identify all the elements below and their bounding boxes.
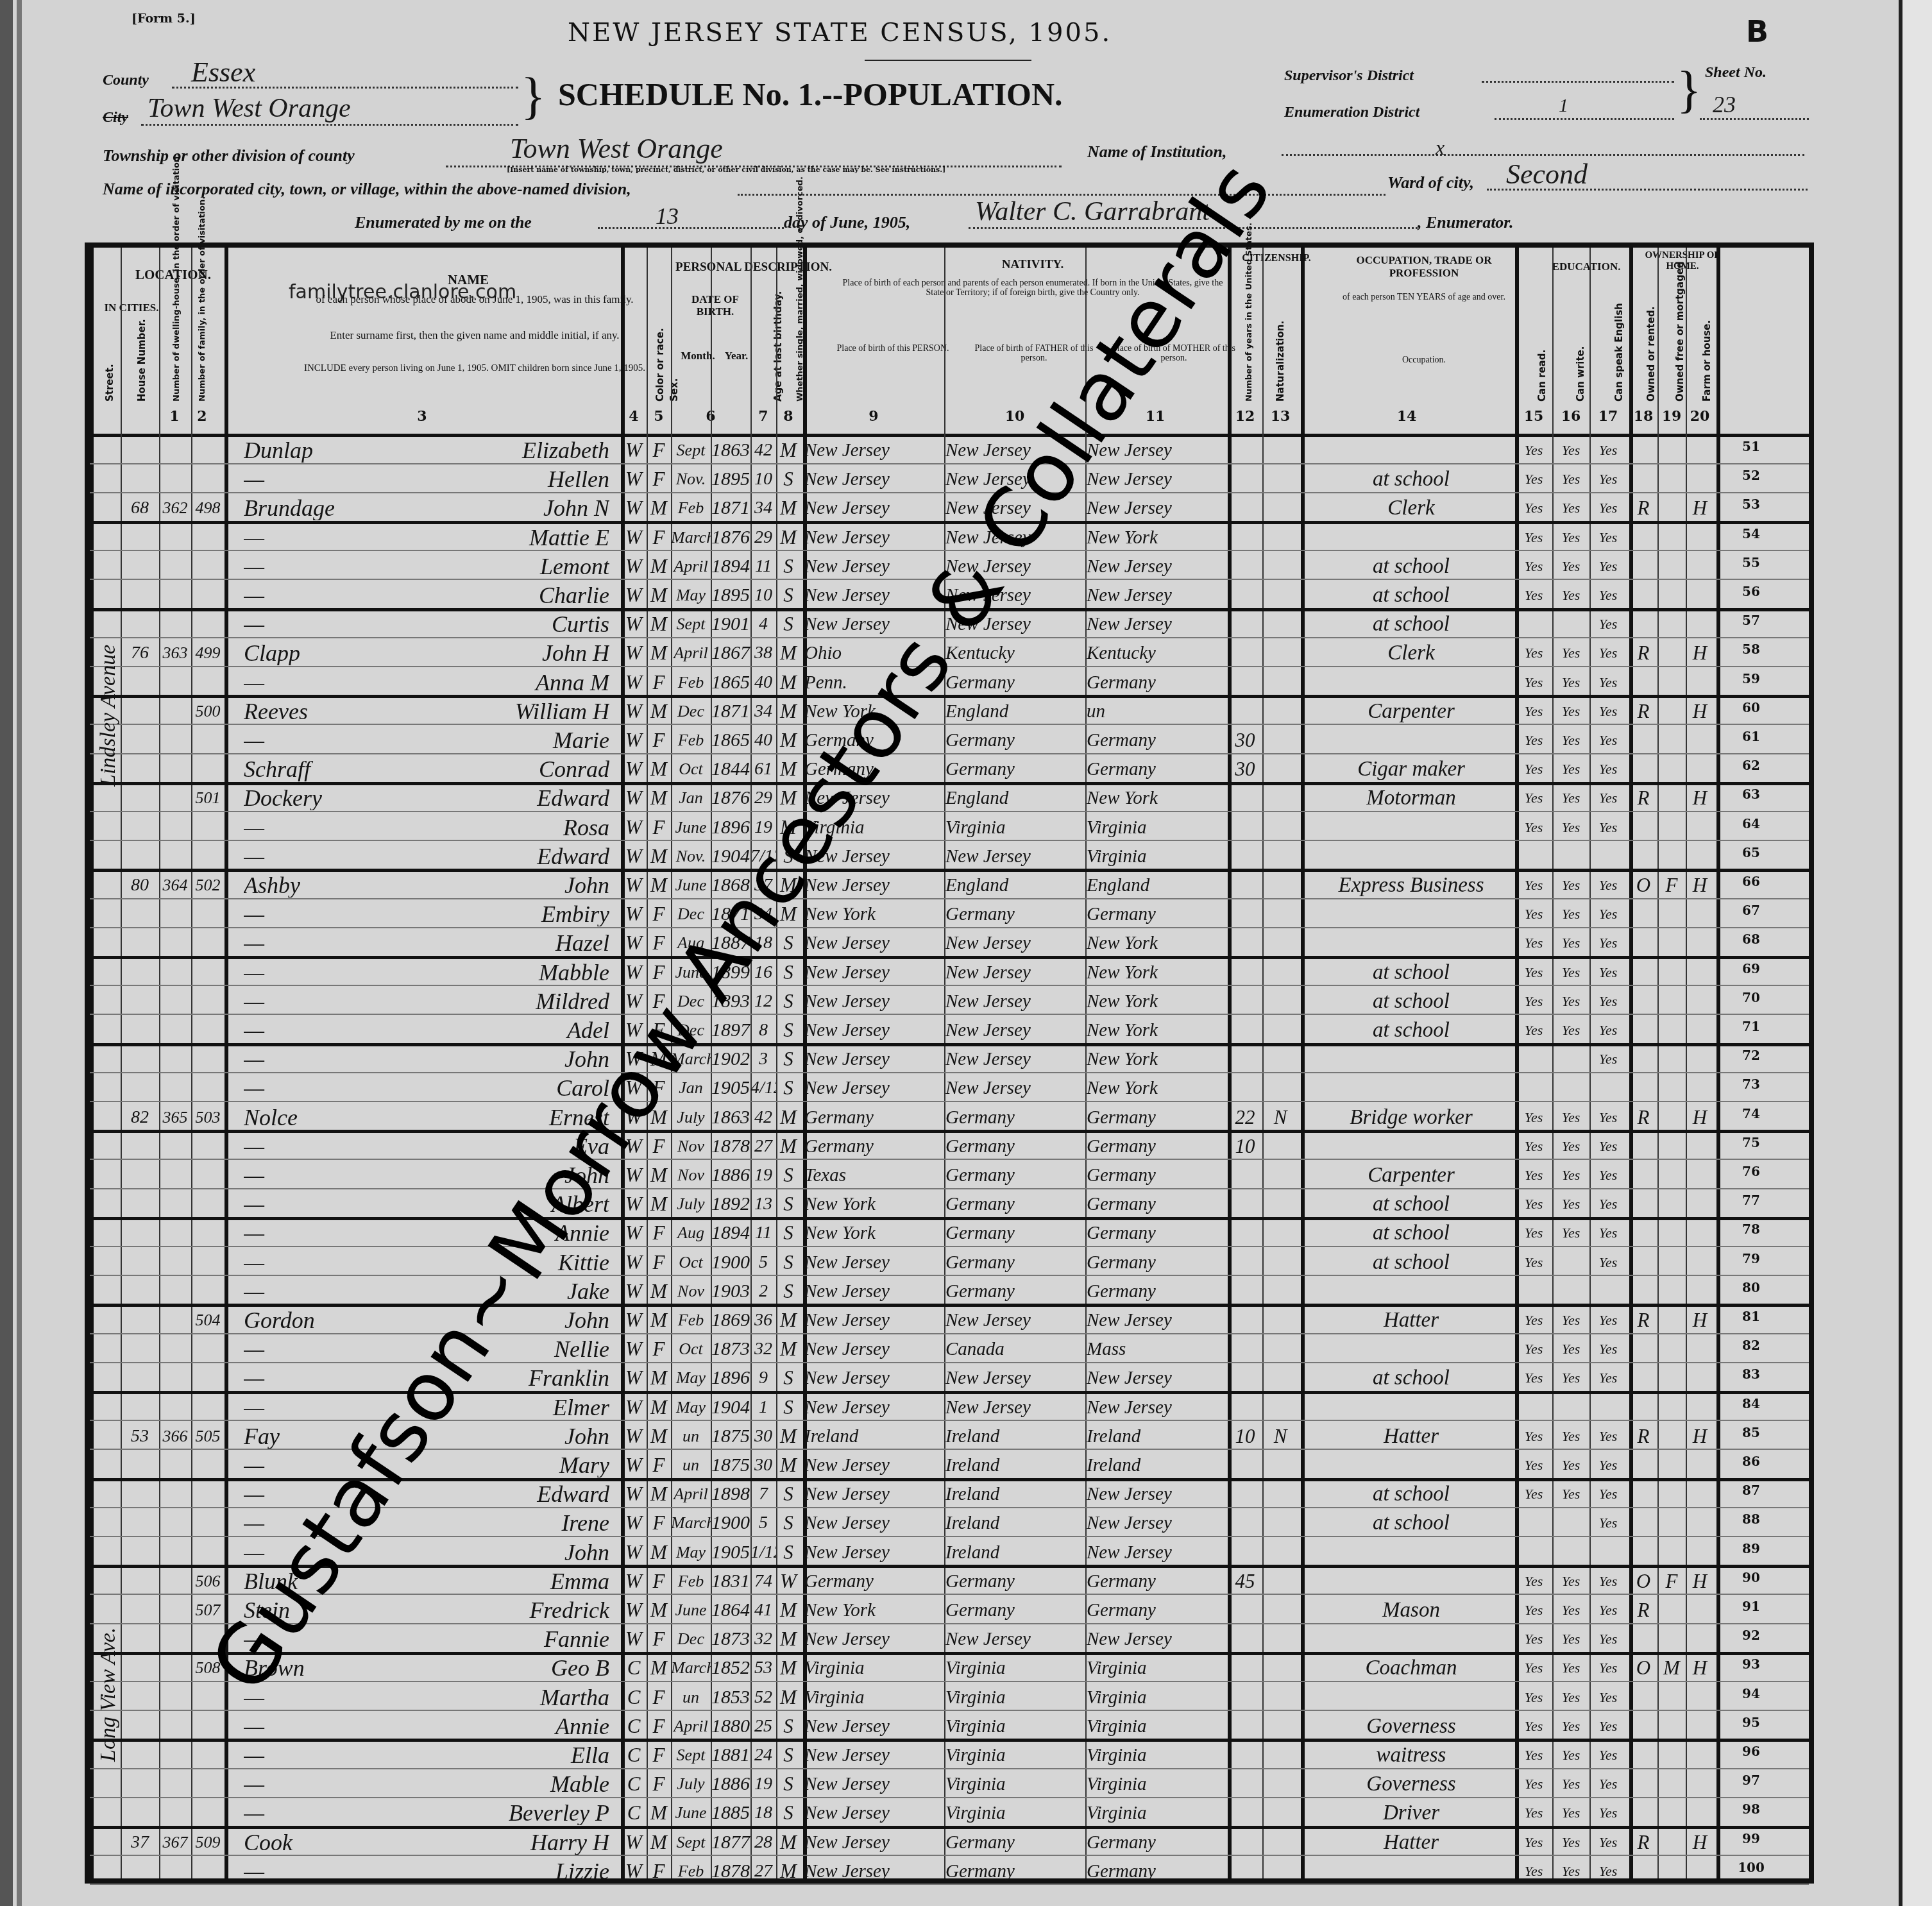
birthplace-mother: Germany	[1087, 753, 1225, 781]
age: 3	[750, 1042, 776, 1071]
color-race: W	[621, 491, 647, 520]
marital-status: M	[776, 636, 801, 665]
occupation	[1309, 521, 1514, 550]
farm-house	[1686, 1681, 1714, 1710]
owned-rented	[1629, 1449, 1657, 1477]
birth-year: 1900	[711, 1246, 750, 1275]
surname: —	[244, 1187, 411, 1216]
years-in-us	[1228, 1216, 1262, 1245]
birthplace-father: Virginia	[945, 1681, 1085, 1710]
line-number: 87	[1732, 1483, 1770, 1498]
owned-free-mortgaged	[1657, 1101, 1686, 1130]
column-number: 3	[409, 408, 435, 425]
owned-rented	[1629, 840, 1657, 869]
house-number	[121, 898, 159, 926]
birthplace-father: New Jersey	[945, 985, 1085, 1014]
years-in-us: 45	[1228, 1565, 1262, 1594]
birthplace-person: New Jersey	[804, 1826, 944, 1855]
occupation: Hatter	[1309, 1304, 1514, 1332]
owned-free-mortgaged	[1657, 1130, 1686, 1159]
house-number	[121, 1796, 159, 1825]
occupation: Carpenter	[1309, 1159, 1514, 1187]
occupation: Carpenter	[1309, 695, 1514, 724]
line-number: 93	[1732, 1656, 1770, 1672]
can-speak-english: Yes	[1589, 1246, 1627, 1275]
owned-rented	[1629, 521, 1657, 550]
dwelling-number	[159, 1361, 191, 1390]
birth-month: Aug	[671, 1216, 711, 1245]
age: 34	[750, 491, 776, 520]
farm-house: H	[1686, 1101, 1714, 1130]
line-number: 60	[1732, 700, 1770, 715]
naturalization	[1262, 1332, 1298, 1361]
owned-free-mortgaged	[1657, 1796, 1686, 1825]
birthplace-mother: New Jersey	[1087, 550, 1225, 579]
supervisor-label: Supervisor's District	[1284, 67, 1414, 85]
years-in-us	[1228, 666, 1262, 695]
line-number: 97	[1732, 1773, 1770, 1788]
line-number: 83	[1732, 1366, 1770, 1382]
can-speak-english	[1589, 840, 1627, 869]
color-race: W	[621, 926, 647, 955]
surname: —	[244, 1071, 411, 1100]
owned-rented: R	[1629, 636, 1657, 665]
birth-year: 1886	[711, 1767, 750, 1796]
years-in-us	[1228, 1187, 1262, 1216]
table-row: —MarieWFFeb186540MGermanyGermanyGermany3…	[90, 724, 1809, 754]
can-write: Yes	[1552, 579, 1589, 608]
can-write: Yes	[1552, 753, 1589, 781]
owned-free-mortgaged	[1657, 1622, 1686, 1651]
marital-status: S	[776, 956, 801, 985]
birth-month: April	[671, 1710, 711, 1739]
birthplace-father: Canada	[945, 1332, 1085, 1361]
table-row: —EdwardWMNov.19047/12SNew JerseyNew Jers…	[90, 840, 1809, 872]
can-write: Yes	[1552, 1420, 1589, 1449]
table-row: —RosaWFJune189619MVirginiaVirginiaVirgin…	[90, 811, 1809, 842]
naturalization	[1262, 1594, 1298, 1622]
farm-house	[1686, 1187, 1714, 1216]
birthplace-mother: England	[1087, 869, 1225, 898]
occupation	[1309, 1275, 1514, 1304]
owned-free-mortgaged	[1657, 695, 1686, 724]
house-number: 53	[121, 1420, 159, 1449]
incorporated-field	[738, 186, 1385, 196]
header-naturalization: Naturalization.	[1275, 318, 1286, 402]
occupation	[1309, 1332, 1514, 1361]
sex: F	[647, 1622, 671, 1651]
owned-rented	[1629, 463, 1657, 491]
birthplace-person: New Jersey	[804, 1767, 944, 1796]
sex: M	[647, 695, 671, 724]
family-number: 504	[191, 1304, 225, 1332]
birthplace-father: Virginia	[945, 1796, 1085, 1825]
family-number	[191, 1796, 225, 1825]
owned-rented	[1629, 985, 1657, 1014]
occupation	[1309, 1391, 1514, 1420]
birth-month: Oct	[671, 753, 711, 781]
naturalization	[1262, 550, 1298, 579]
birthplace-father: Ireland	[945, 1420, 1085, 1449]
page-edge	[1899, 0, 1932, 1906]
family-number	[191, 1506, 225, 1535]
line-number: 62	[1732, 758, 1770, 773]
can-speak-english: Yes	[1589, 1739, 1627, 1767]
line-number: 70	[1732, 990, 1770, 1005]
given-name: Hellen	[391, 463, 609, 491]
table-row: —EllaCFSept188124SNew JerseyVirginiaVirg…	[90, 1739, 1809, 1769]
can-speak-english: Yes	[1589, 1767, 1627, 1796]
naturalization	[1262, 1187, 1298, 1216]
years-in-us	[1228, 926, 1262, 955]
naturalization: N	[1262, 1101, 1298, 1130]
birthplace-person: New Jersey	[804, 463, 944, 491]
color-race: W	[621, 1855, 647, 1884]
owned-free-mortgaged	[1657, 434, 1686, 463]
county-label: County	[103, 72, 149, 89]
line-number: 53	[1732, 497, 1770, 512]
surname: —	[244, 463, 411, 491]
incorporated-label: Name of incorporated city, town, or vill…	[103, 180, 631, 199]
table-row: —HellenWFNov.189510SNew JerseyNew Jersey…	[90, 463, 1809, 493]
owned-free-mortgaged	[1657, 724, 1686, 753]
can-speak-english: Yes	[1589, 1710, 1627, 1739]
occupation: Bridge worker	[1309, 1101, 1514, 1130]
birthplace-father: New Jersey	[945, 1622, 1085, 1651]
age: 52	[750, 1681, 776, 1710]
owned-rented: O	[1629, 869, 1657, 898]
farm-house: H	[1686, 1826, 1714, 1855]
birthplace-mother: Germany	[1087, 1565, 1225, 1594]
can-read: Yes	[1515, 1304, 1552, 1332]
dwelling-number	[159, 898, 191, 926]
can-write: Yes	[1552, 1477, 1589, 1506]
marital-status: S	[776, 1187, 801, 1216]
owned-free-mortgaged	[1657, 1361, 1686, 1390]
dwelling-number	[159, 1159, 191, 1187]
dwelling-number	[159, 579, 191, 608]
birthplace-person: New Jersey	[804, 1536, 944, 1565]
occupation: Hatter	[1309, 1420, 1514, 1449]
can-write: Yes	[1552, 956, 1589, 985]
owned-rented	[1629, 1391, 1657, 1420]
birthplace-mother: New York	[1087, 1071, 1225, 1100]
house-number: 82	[121, 1101, 159, 1130]
owned-free-mortgaged	[1657, 1826, 1686, 1855]
marital-status: M	[776, 1304, 801, 1332]
dwelling-number	[159, 1739, 191, 1767]
years-in-us: 10	[1228, 1420, 1262, 1449]
birthplace-mother: Virginia	[1087, 1651, 1225, 1680]
house-number	[121, 579, 159, 608]
column-number: 15	[1521, 408, 1546, 425]
dwelling-number	[159, 926, 191, 955]
birthplace-mother: Germany	[1087, 666, 1225, 695]
owned-free-mortgaged	[1657, 1275, 1686, 1304]
birth-year: 1903	[711, 1275, 750, 1304]
can-read: Yes	[1515, 985, 1552, 1014]
naturalization	[1262, 1130, 1298, 1159]
owned-free-mortgaged	[1657, 840, 1686, 869]
can-write: Yes	[1552, 1855, 1589, 1884]
dwelling-number	[159, 1855, 191, 1884]
can-read: Yes	[1515, 869, 1552, 898]
owned-rented	[1629, 550, 1657, 579]
marital-status: M	[776, 1622, 801, 1651]
farm-house	[1686, 1042, 1714, 1071]
column-number: 4	[621, 408, 647, 425]
column-number: 5	[646, 408, 672, 425]
can-speak-english: Yes	[1589, 1594, 1627, 1622]
birth-year: 1876	[711, 781, 750, 810]
age: 30	[750, 1449, 776, 1477]
can-speak-english: Yes	[1589, 869, 1627, 898]
can-speak-english: Yes	[1589, 550, 1627, 579]
owned-free-mortgaged	[1657, 550, 1686, 579]
line-number: 55	[1732, 555, 1770, 570]
naturalization	[1262, 1216, 1298, 1245]
color-race: W	[621, 1391, 647, 1420]
surname: Schraff	[244, 753, 411, 781]
sex: M	[647, 550, 671, 579]
marital-status: S	[776, 1536, 801, 1565]
dwelling-number	[159, 1071, 191, 1100]
owned-rented	[1629, 434, 1657, 463]
sex: F	[647, 434, 671, 463]
birthplace-mother: New York	[1087, 1042, 1225, 1071]
birthplace-mother: Germany	[1087, 1130, 1225, 1159]
owned-rented	[1629, 1130, 1657, 1159]
surname: Clapp	[244, 636, 411, 665]
can-write: Yes	[1552, 521, 1589, 550]
birth-month: July	[671, 1187, 711, 1216]
marital-status: M	[776, 1855, 801, 1884]
occupation: at school	[1309, 1477, 1514, 1506]
occupation	[1309, 1622, 1514, 1651]
line-number: 78	[1732, 1221, 1770, 1237]
sex: F	[647, 1565, 671, 1594]
color-race: W	[621, 695, 647, 724]
sex: M	[647, 636, 671, 665]
dwelling-number	[159, 753, 191, 781]
birthplace-father: New Jersey	[945, 1391, 1085, 1420]
farm-house: H	[1686, 1651, 1714, 1680]
house-number	[121, 1130, 159, 1159]
owned-rented: R	[1629, 1304, 1657, 1332]
family-number	[191, 666, 225, 695]
given-name: John	[391, 1042, 609, 1071]
marital-status: S	[776, 1246, 801, 1275]
owned-rented	[1629, 1739, 1657, 1767]
can-speak-english: Yes	[1589, 898, 1627, 926]
can-speak-english: Yes	[1589, 1796, 1627, 1825]
birthplace-mother: Virginia	[1087, 1767, 1225, 1796]
color-race: C	[621, 1739, 647, 1767]
birth-month: un	[671, 1681, 711, 1710]
birthplace-mother: Germany	[1087, 1826, 1225, 1855]
age: 19	[750, 1159, 776, 1187]
farm-house	[1686, 1710, 1714, 1739]
marital-status: S	[776, 1071, 801, 1100]
sex: M	[647, 1187, 671, 1216]
family-number	[191, 1681, 225, 1710]
marital-status: S	[776, 1506, 801, 1535]
marital-status: M	[776, 1332, 801, 1361]
birthplace-father: Virginia	[945, 1767, 1085, 1796]
house-number	[121, 1304, 159, 1332]
years-in-us	[1228, 1014, 1262, 1042]
enumerated-day: 13	[656, 203, 679, 230]
marital-status: S	[776, 1739, 801, 1767]
family-number	[191, 521, 225, 550]
age: 53	[750, 1651, 776, 1680]
can-read: Yes	[1515, 1449, 1552, 1477]
table-row: 68362498BrundageJohn NWMFeb187134MNew Je…	[90, 491, 1809, 524]
dwelling-number	[159, 1246, 191, 1275]
dwelling-number	[159, 521, 191, 550]
schedule-title: SCHEDULE No. 1.--POPULATION.	[558, 76, 1063, 113]
color-race: C	[621, 1651, 647, 1680]
years-in-us	[1228, 985, 1262, 1014]
farm-house: H	[1686, 1565, 1714, 1594]
birth-month: Sept	[671, 434, 711, 463]
can-read: Yes	[1515, 1739, 1552, 1767]
naturalization	[1262, 811, 1298, 840]
owned-free-mortgaged	[1657, 1246, 1686, 1275]
surname: Dockery	[244, 781, 411, 810]
dwelling-number	[159, 1796, 191, 1825]
can-write: Yes	[1552, 1767, 1589, 1796]
owned-free-mortgaged	[1657, 1855, 1686, 1884]
birthplace-mother: Kentucky	[1087, 636, 1225, 665]
color-race: W	[621, 579, 647, 608]
years-in-us	[1228, 1536, 1262, 1565]
can-write: Yes	[1552, 695, 1589, 724]
birth-year: 1865	[711, 666, 750, 695]
house-number	[121, 1042, 159, 1071]
house-number	[121, 1739, 159, 1767]
age: 9	[750, 1361, 776, 1390]
sex: F	[647, 1506, 671, 1535]
can-write: Yes	[1552, 1796, 1589, 1825]
can-write: Yes	[1552, 1449, 1589, 1477]
given-name: Charlie	[391, 579, 609, 608]
farm-house	[1686, 434, 1714, 463]
given-name: Fannie	[391, 1622, 609, 1651]
line-number: 84	[1732, 1396, 1770, 1411]
house-number	[121, 1594, 159, 1622]
can-write	[1552, 1506, 1589, 1535]
years-in-us	[1228, 608, 1262, 636]
years-in-us	[1228, 1651, 1262, 1680]
birth-month: Dec	[671, 695, 711, 724]
color-race: W	[621, 1506, 647, 1535]
header-dob: DATE OF BIRTH.	[677, 294, 754, 318]
farm-house	[1686, 985, 1714, 1014]
given-name: Embiry	[391, 898, 609, 926]
farm-house: H	[1686, 695, 1714, 724]
marital-status: M	[776, 1681, 801, 1710]
color-race: W	[621, 1536, 647, 1565]
given-name: Lizzie	[391, 1855, 609, 1884]
column-number: 8	[775, 408, 801, 425]
birthplace-person: New York	[804, 898, 944, 926]
header-owned-free: Owned free or mortgaged	[1674, 273, 1686, 402]
years-in-us	[1228, 521, 1262, 550]
table-row: 37367509CookHarry HWMSept187728MNew Jers…	[90, 1826, 1809, 1857]
birth-year: 1871	[711, 695, 750, 724]
birth-month: April	[671, 550, 711, 579]
sex: M	[647, 491, 671, 520]
family-number	[191, 1246, 225, 1275]
birthplace-mother: un	[1087, 695, 1225, 724]
marital-status: M	[776, 1420, 801, 1449]
surname: —	[244, 811, 411, 840]
given-name: Marie	[391, 724, 609, 753]
can-read	[1515, 1506, 1552, 1535]
sex: M	[647, 579, 671, 608]
owned-rented	[1629, 926, 1657, 955]
sex: M	[647, 1275, 671, 1304]
owned-rented	[1629, 1710, 1657, 1739]
birthplace-person: New Jersey	[804, 1275, 944, 1304]
birthplace-father: Ireland	[945, 1536, 1085, 1565]
naturalization	[1262, 1014, 1298, 1042]
birthplace-person: New Jersey	[804, 1014, 944, 1042]
birth-month: Feb	[671, 1855, 711, 1884]
institution-field: x	[1282, 142, 1804, 156]
owned-rented	[1629, 811, 1657, 840]
owned-rented: R	[1629, 1594, 1657, 1622]
naturalization	[1262, 608, 1298, 636]
can-read	[1515, 1071, 1552, 1100]
column-number: 19	[1659, 408, 1684, 425]
years-in-us	[1228, 1246, 1262, 1275]
birth-month: Jan	[671, 781, 711, 810]
line-number: 61	[1732, 729, 1770, 744]
naturalization	[1262, 1622, 1298, 1651]
years-in-us	[1228, 956, 1262, 985]
owned-free-mortgaged	[1657, 1767, 1686, 1796]
birthplace-father: Germany	[945, 1565, 1085, 1594]
age: 11	[750, 1216, 776, 1245]
marital-status: S	[776, 1361, 801, 1390]
sex: F	[647, 1710, 671, 1739]
color-race: W	[621, 840, 647, 869]
given-name: Mildred	[391, 985, 609, 1014]
birthplace-father: Germany	[945, 1216, 1085, 1245]
birthplace-person: New Jersey	[804, 1071, 944, 1100]
color-race: W	[621, 608, 647, 636]
owned-rented	[1629, 1767, 1657, 1796]
birthplace-person: New Jersey	[804, 521, 944, 550]
birthplace-father: New Jersey	[945, 1304, 1085, 1332]
birthplace-mother: New York	[1087, 521, 1225, 550]
dwelling-number	[159, 1216, 191, 1245]
column-number: 9	[861, 408, 886, 425]
marital-status: M	[776, 491, 801, 520]
line-number: 66	[1732, 874, 1770, 889]
family-number	[191, 1739, 225, 1767]
birthplace-mother: Germany	[1087, 1101, 1225, 1130]
dwelling-number	[159, 463, 191, 491]
can-write: Yes	[1552, 926, 1589, 955]
birthplace-mother: New Jersey	[1087, 579, 1225, 608]
farm-house	[1686, 1130, 1714, 1159]
can-read: Yes	[1515, 1159, 1552, 1187]
age: 27	[750, 1855, 776, 1884]
house-number	[121, 434, 159, 463]
